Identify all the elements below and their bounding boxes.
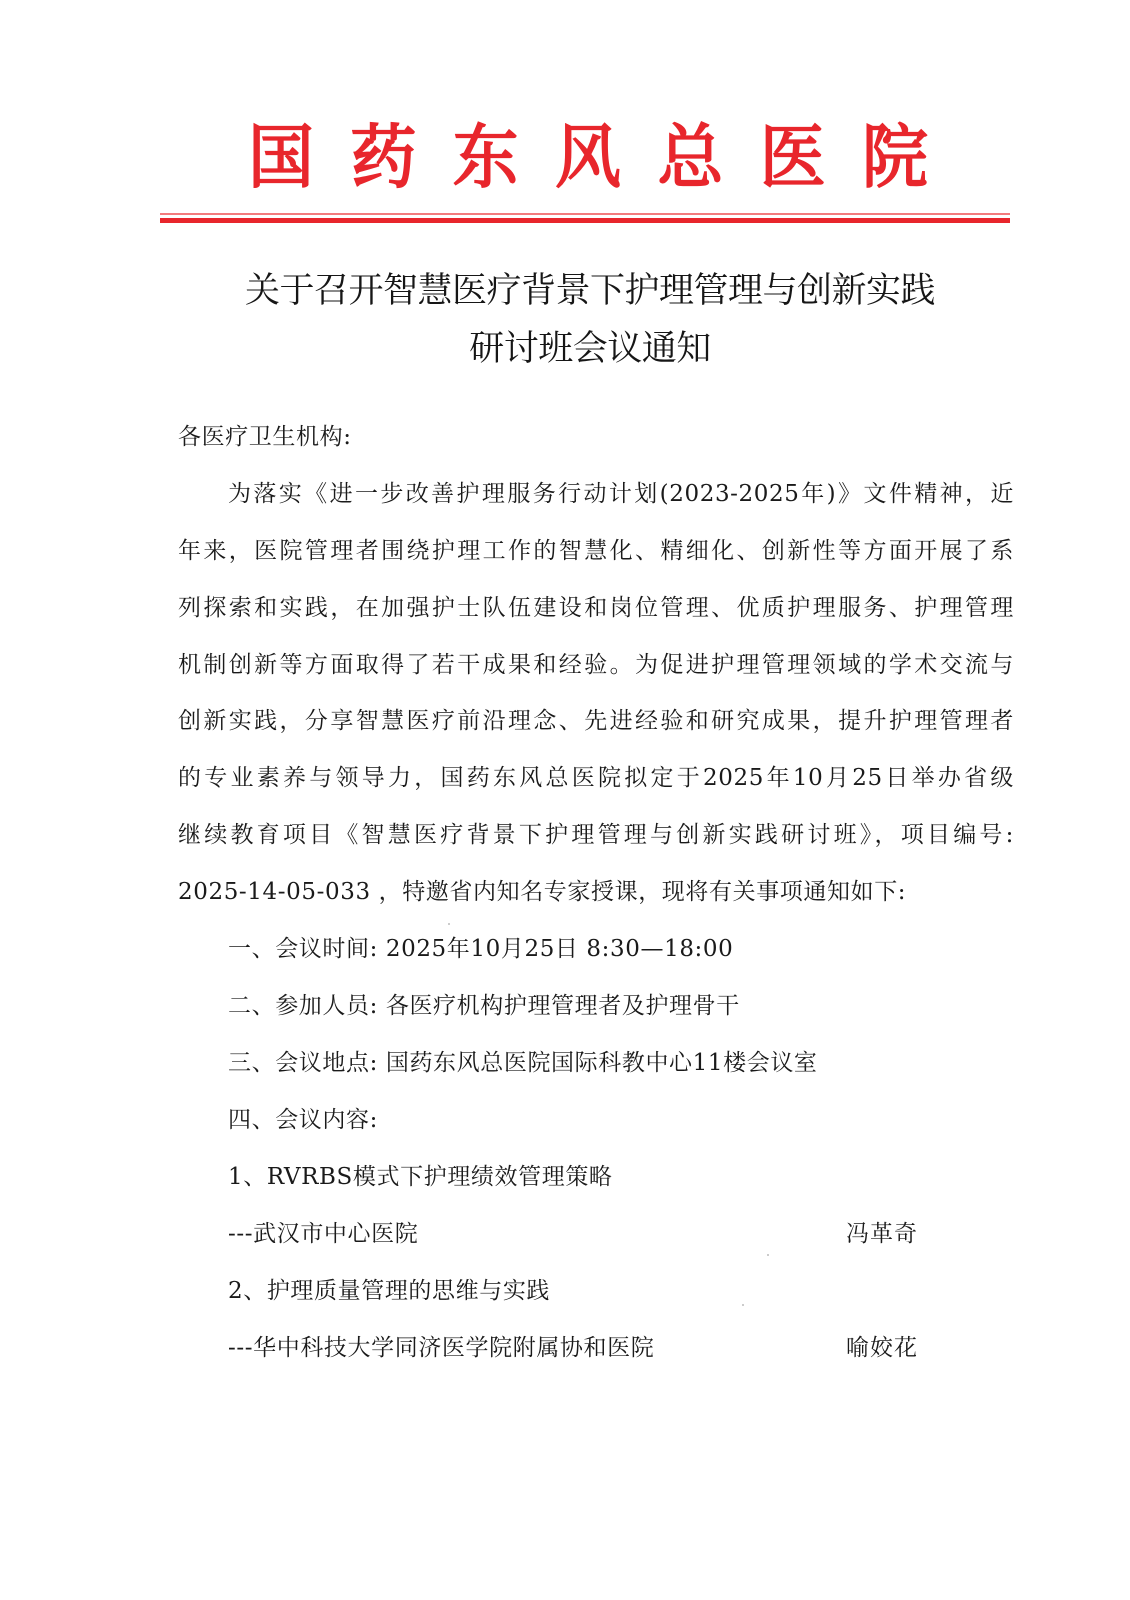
agenda-topic: 2、护理质量管理的思维与实践 — [228, 1276, 550, 1306]
agenda-institution: ---武汉市中心医院 — [228, 1219, 418, 1249]
body-line: 为落实《进一步改善护理服务行动计划(2023-2025年)》文件精神，近 — [228, 479, 1014, 509]
body-line: 的专业素养与领导力，国药东风总医院拟定于2025年10月25日举办省级 — [178, 763, 1014, 793]
title-line-1: 关于召开智慧医疗背景下护理管理与创新实践 — [180, 262, 1000, 320]
agenda-speaker: 冯革奇 — [846, 1219, 918, 1249]
masthead-divider-thick — [160, 218, 1010, 223]
masthead: 国 药 东 风 总 医 院 — [160, 112, 1010, 202]
body-line: 2025-14-05-033 ，特邀省内知名专家授课，现将有关事项通知如下: — [178, 877, 906, 907]
title-line-2: 研讨班会议通知 — [180, 320, 1000, 378]
meeting-content-heading: 四、会议内容: — [228, 1105, 378, 1135]
masthead-char: 风 — [555, 122, 621, 191]
masthead-char: 国 — [248, 122, 314, 191]
body-line: 创新实践，分享智慧医疗前沿理念、先进经验和研究成果，提升护理管理者 — [178, 706, 1014, 736]
body-line: 列探索和实践，在加强护士队伍建设和岗位管理、优质护理服务、护理管理 — [178, 593, 1014, 623]
masthead-divider-thin — [160, 213, 1010, 215]
document-page: 国 药 东 风 总 医 院 关于召开智慧医疗背景下护理管理与创新实践 研讨班会议… — [0, 0, 1130, 1600]
body-line: 年来，医院管理者围绕护理工作的智慧化、精细化、创新性等方面开展了系 — [178, 536, 1014, 566]
meeting-location: 三、会议地点: 国药东风总医院国际科教中心11楼会议室 — [228, 1048, 818, 1078]
agenda-institution: ---华中科技大学同济医学院附属协和医院 — [228, 1333, 654, 1363]
masthead-char: 东 — [453, 122, 519, 191]
meeting-time: 一、会议时间: 2025年10月25日 8:30—18:00 — [228, 934, 733, 964]
masthead-char: 医 — [760, 122, 826, 191]
scan-speck — [742, 1304, 744, 1306]
scan-speck — [767, 1254, 769, 1256]
agenda-topic: 1、RVRBS模式下护理绩效管理策略 — [228, 1162, 613, 1192]
salutation: 各医疗卫生机构: — [178, 422, 352, 452]
meeting-attendees: 二、参加人员: 各医疗机构护理管理者及护理骨干 — [228, 991, 740, 1021]
scan-speck — [448, 923, 450, 925]
body-line: 机制创新等方面取得了若干成果和经验。为促进护理管理领域的学术交流与 — [178, 650, 1014, 680]
agenda-speaker: 喻姣花 — [846, 1333, 918, 1363]
masthead-char: 药 — [350, 122, 416, 191]
document-title: 关于召开智慧医疗背景下护理管理与创新实践 研讨班会议通知 — [180, 262, 1000, 378]
masthead-char: 院 — [862, 122, 928, 191]
body-line: 继续教育项目《智慧医疗背景下护理管理与创新实践研讨班》，项目编号: — [178, 820, 1014, 850]
masthead-char: 总 — [657, 122, 723, 191]
